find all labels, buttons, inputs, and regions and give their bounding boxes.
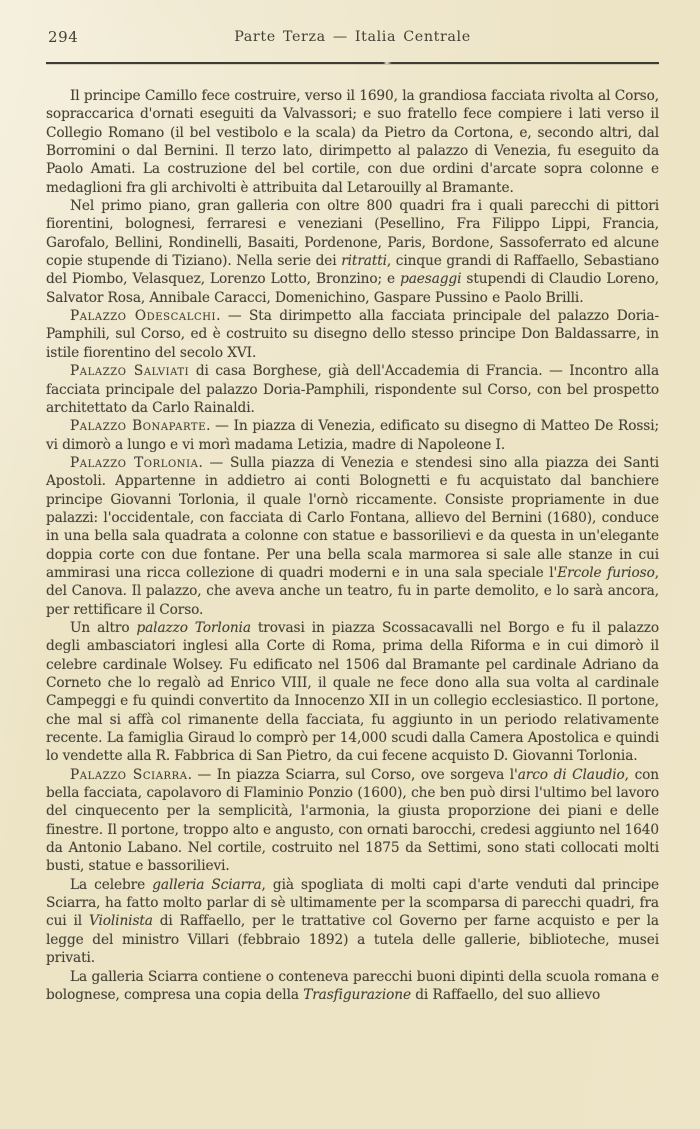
paragraph: La galleria Sciarra contiene o conteneva…	[46, 968, 659, 1005]
text-run: trovasi in piazza Scossacavalli nel Borg…	[46, 620, 659, 764]
paragraph: Palazzo Salviati di casa Borghese, già d…	[46, 362, 659, 417]
paragraph: Palazzo Torlonia. — Sulla piazza di Vene…	[46, 454, 659, 619]
smallcaps-run: Palazzo Odescalchi	[70, 308, 216, 324]
smallcaps-run: Palazzo Salviati	[70, 363, 189, 379]
smallcaps-run: Palazzo Sciarra	[70, 767, 188, 783]
text-run: La celebre	[70, 877, 152, 893]
paragraph: Palazzo Bonaparte. — In piazza di Venezi…	[46, 417, 659, 454]
text-run: di Raffaello, del suo allievo	[411, 987, 600, 1003]
italic-run: Ercole furioso	[557, 565, 655, 581]
paragraph: Un altro palazzo Torlonia trovasi in pia…	[46, 619, 659, 766]
italic-run: Trasfigurazione	[303, 987, 411, 1003]
smallcaps-run: Palazzo Bonaparte	[70, 418, 206, 434]
page-content: 294 Parte Terza — Italia Centrale Il pri…	[46, 28, 659, 1004]
paragraph: Nel primo piano, gran galleria con oltre…	[46, 197, 659, 307]
text-run: . — Sulla piazza di Venezia e stendesi s…	[46, 455, 659, 581]
paragraph: Palazzo Odescalchi. — Sta dirimpetto all…	[46, 307, 659, 362]
page-header: 294 Parte Terza — Italia Centrale	[46, 28, 659, 50]
italic-run: palazzo Torlonia	[136, 620, 250, 636]
italic-run: paesaggi	[400, 271, 461, 287]
running-title: Parte Terza — Italia Centrale	[46, 29, 659, 45]
italic-run: ritratti	[341, 253, 387, 269]
italic-run: galleria Sciarra	[152, 877, 261, 893]
italic-run: arco di Claudio	[518, 767, 625, 783]
text-block: Il principe Camillo fece costruire, vers…	[46, 87, 659, 1004]
text-run: Il principe Camillo fece costruire, vers…	[46, 88, 659, 196]
header-rule	[46, 62, 659, 64]
paragraph: La celebre galleria Sciarra, già spoglia…	[46, 876, 659, 968]
book-page: 294 Parte Terza — Italia Centrale Il pri…	[0, 0, 700, 1129]
smallcaps-run: Palazzo Torlonia	[70, 455, 199, 471]
paragraph: Palazzo Sciarra. — In piazza Sciarra, su…	[46, 766, 659, 876]
italic-run: Violinista	[89, 913, 153, 929]
paragraph: Il principe Camillo fece costruire, vers…	[46, 87, 659, 197]
text-run: Un altro	[70, 620, 136, 636]
text-run: . — In piazza Sciarra, sul Corso, ove so…	[188, 767, 518, 783]
